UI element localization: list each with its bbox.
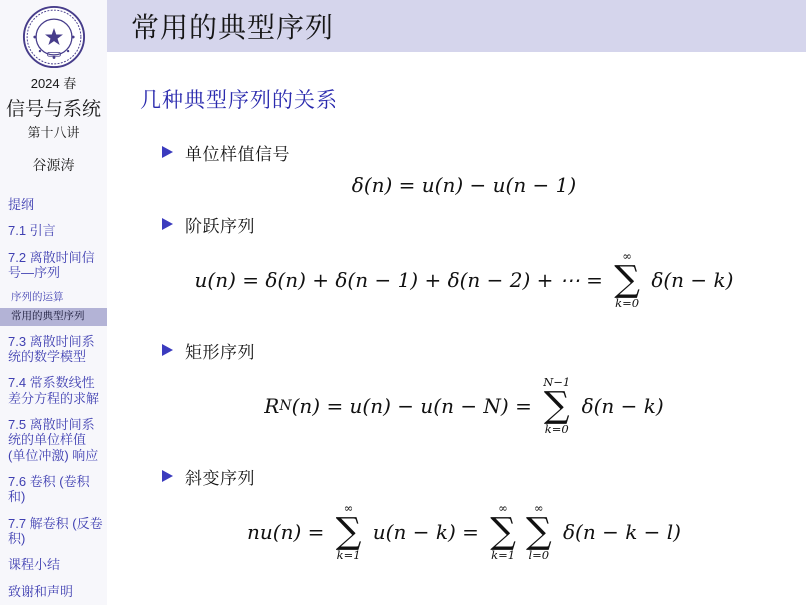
sum-symbol: ∞∑k=0 [614, 250, 640, 309]
sum-symbol: ∞∑k=1 [336, 502, 362, 561]
toc-item-9[interactable]: 7.7 解卷积 (反卷积) [0, 516, 107, 547]
slide-title: 常用的典型序列 [131, 6, 334, 46]
toc-item-10[interactable]: 课程小结 [0, 557, 107, 572]
sum-symbol: ∞∑k=1 [490, 502, 516, 561]
toc-item-4[interactable]: 常用的典型序列 [0, 308, 107, 325]
sidebar-toc: 提纲7.1 引言7.2 离散时间信号—序列序列的运算常用的典型序列7.3 离散时… [0, 197, 107, 599]
formula-text: δ(n − k − l) [557, 520, 681, 544]
formula-text: R [264, 394, 279, 418]
formula-1: u(n) = δ(n) + δ(n − 1) + δ(n − 2) + ⋯ = … [140, 238, 788, 322]
bullet-label: 单位样值信号 [185, 140, 290, 165]
lecture-number: 第十八讲 [0, 122, 107, 141]
slide-root: 2024 春 信号与系统 第十八讲 谷源涛 提纲7.1 引言7.2 离散时间信号… [0, 0, 806, 605]
formula-0: δ(n) = u(n) − u(n − 1) [140, 170, 788, 200]
toc-item-7[interactable]: 7.5 离散时间系统的单位样值 (单位冲激) 响应 [0, 417, 107, 463]
toc-item-2[interactable]: 7.2 离散时间信号—序列 [0, 250, 107, 281]
toc-item-3[interactable]: 序列的运算 [0, 291, 107, 304]
toc-item-8[interactable]: 7.6 卷积 (卷积和) [0, 474, 107, 505]
section-heading: 几种典型序列的关系 [140, 84, 788, 114]
bullet-row-2: 矩形序列 [162, 338, 788, 362]
sum-symbol: N−1∑k=0 [543, 376, 570, 435]
toc-item-0[interactable]: 提纲 [0, 197, 107, 212]
formula-text: δ(n) = u(n) − u(n − 1) [352, 173, 576, 197]
bullet-row-3: 斜变序列 [162, 464, 788, 488]
slide-header: 常用的典型序列 [107, 0, 806, 52]
formula-text: δ(n − k) [645, 268, 733, 292]
course-title: 信号与系统 [0, 94, 107, 121]
formula-text: u(n) = δ(n) + δ(n − 1) + δ(n − 2) + ⋯ = [195, 268, 610, 292]
tsinghua-seal-logo [0, 5, 107, 69]
bullet-label: 斜变序列 [185, 464, 255, 489]
bullet-label: 阶跃序列 [185, 212, 255, 237]
semester-label: 2024 春 [0, 73, 107, 92]
toc-item-5[interactable]: 7.3 离散时间系统的数学模型 [0, 334, 107, 365]
bullet-triangle-icon [162, 218, 173, 230]
formula-text: δ(n − k) [575, 394, 663, 418]
bullet-triangle-icon [162, 470, 173, 482]
sum-symbol: ∞∑l=0 [526, 502, 552, 561]
formula-text: nu(n) = [247, 520, 331, 544]
sidebar: 2024 春 信号与系统 第十八讲 谷源涛 提纲7.1 引言7.2 离散时间信号… [0, 0, 107, 605]
bullet-list: 单位样值信号δ(n) = u(n) − u(n − 1)阶跃序列u(n) = δ… [140, 140, 788, 574]
toc-item-6[interactable]: 7.4 常系数线性差分方程的求解 [0, 375, 107, 406]
formula-text: (n) = u(n) − u(n − N) = [292, 394, 539, 418]
slide-body: 几种典型序列的关系 单位样值信号δ(n) = u(n) − u(n − 1)阶跃… [107, 52, 806, 605]
bullet-triangle-icon [162, 344, 173, 356]
toc-item-1[interactable]: 7.1 引言 [0, 223, 107, 238]
formula-text: u(n − k) = [366, 520, 485, 544]
formula-2: RN(n) = u(n) − u(n − N) = N−1∑k=0 δ(n − … [140, 364, 788, 448]
bullet-label: 矩形序列 [185, 338, 255, 363]
toc-item-11[interactable]: 致谢和声明 [0, 584, 107, 599]
formula-3: nu(n) = ∞∑k=1 u(n − k) = ∞∑k=1∞∑l=0 δ(n … [140, 490, 788, 574]
bullet-row-0: 单位样值信号 [162, 140, 788, 164]
formula-subscript: N [279, 398, 291, 414]
author-name: 谷源涛 [0, 155, 107, 175]
bullet-row-1: 阶跃序列 [162, 212, 788, 236]
bullet-triangle-icon [162, 146, 173, 158]
